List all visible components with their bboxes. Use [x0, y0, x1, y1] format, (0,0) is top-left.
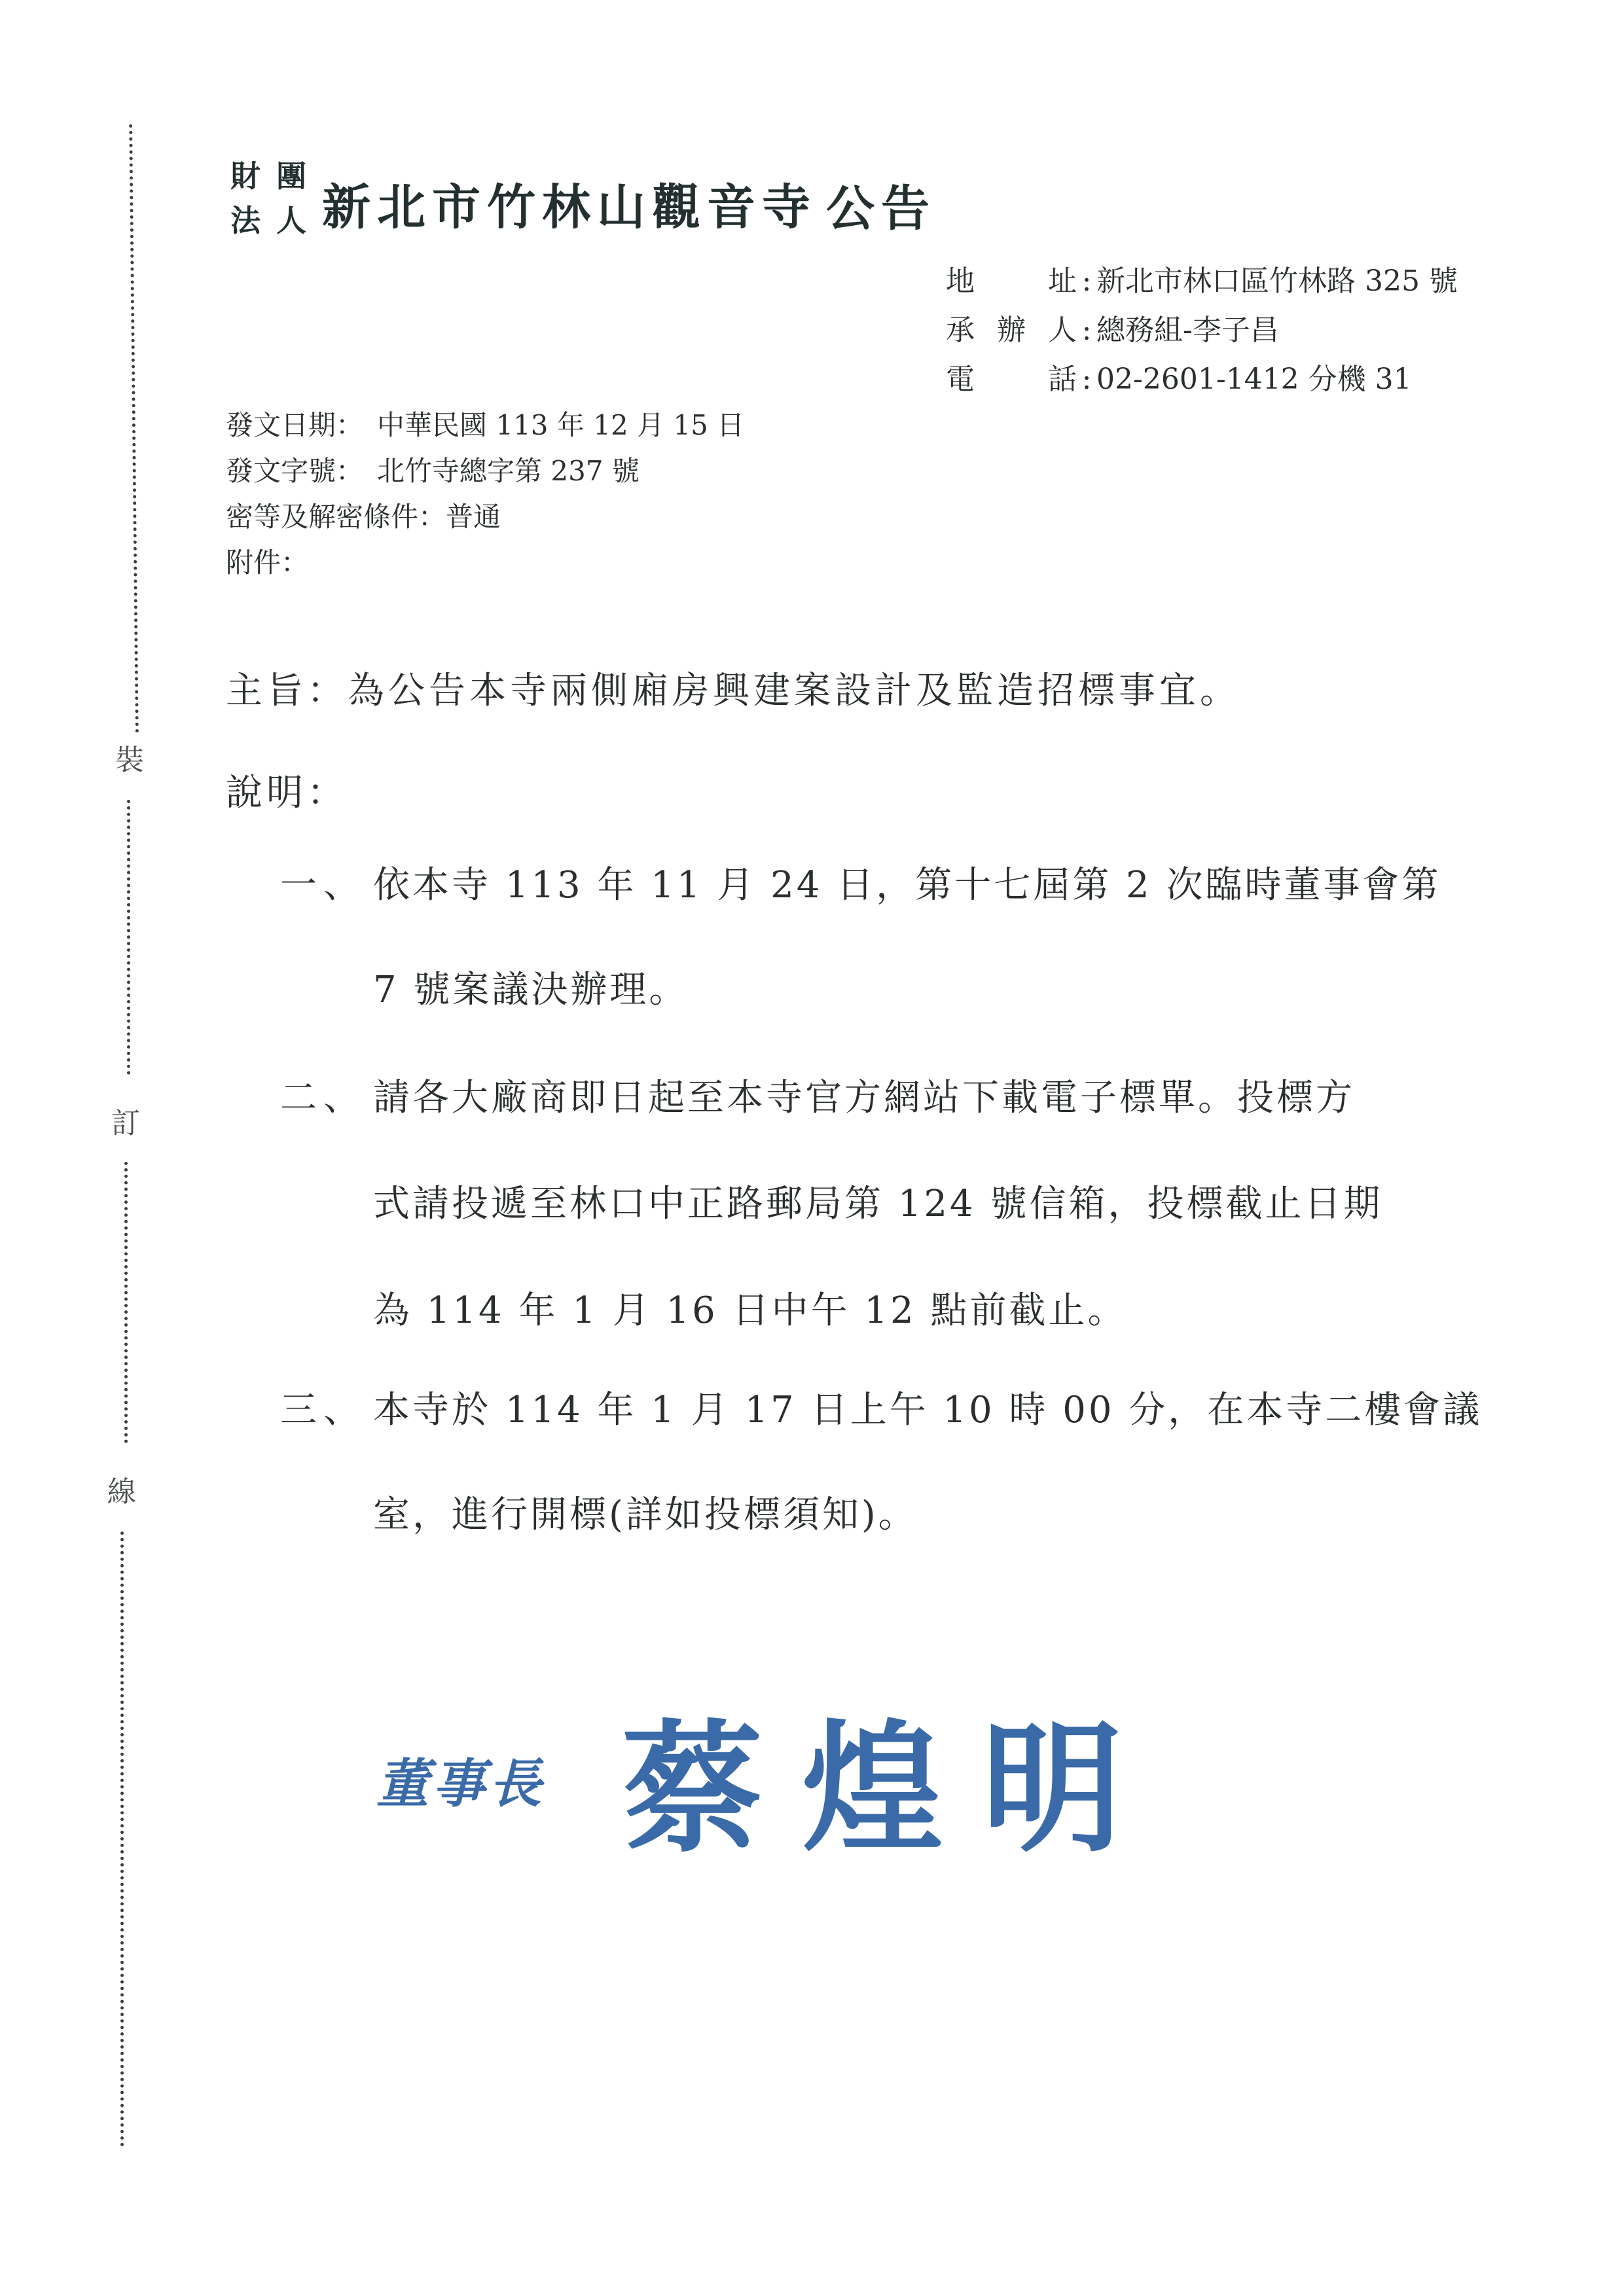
item-line: 請各大廠商即日起至本寺官方網站下載電子標單。投標方: [373, 1080, 1355, 1117]
binding-dotted-line: [120, 1532, 124, 2147]
meta-label: 密等及解密條件：: [226, 501, 446, 533]
meta-issue-date: 發文日期： 中華民國 113 年 12 月 15 日: [226, 403, 744, 448]
explanation-label: 說明：: [226, 775, 348, 812]
meta-classification: 密等及解密條件：普通: [226, 494, 744, 540]
doc-type: 公告: [826, 185, 936, 233]
binding-label-xian: 線: [107, 1478, 136, 1507]
subject-label: 主旨：: [226, 670, 348, 712]
signature-title-stamp: 董事長: [376, 1757, 545, 1810]
meta-value: 普通: [446, 501, 501, 533]
item-line: 依本寺 113 年 11 月 24 日，第十七屆第 2 次臨時董事會第: [373, 867, 1441, 904]
document-meta: 發文日期： 中華民國 113 年 12 月 15 日 發文字號： 北竹寺總字第 …: [226, 403, 744, 586]
contact-handler: 承辦人:總務組-李子昌: [946, 306, 1458, 355]
item-number: 一、: [280, 867, 367, 904]
item-number: 三、: [280, 1392, 367, 1429]
subject-text: 為公告本寺兩側廂房興建案設計及監造招標事宜。: [348, 670, 1240, 712]
binding-dotted-line: [124, 1162, 128, 1443]
meta-issue-number: 發文字號： 北竹寺總字第 237 號: [226, 448, 744, 494]
org-type-char: 財: [230, 161, 276, 191]
meta-label: 附件：: [226, 547, 308, 579]
meta-label: 發文日期：: [226, 409, 350, 441]
meta-value: 北竹寺總字第 237 號: [350, 455, 640, 487]
item-number: 二、: [280, 1080, 367, 1117]
colon: :: [1077, 355, 1096, 404]
contact-value: 新北市林口區竹林路 325 號: [1096, 257, 1458, 306]
contact-label: 地 址: [946, 257, 1077, 306]
contact-phone: 電 話:02-2601-1412 分機 31: [946, 355, 1458, 404]
subject: 主旨：為公告本寺兩側廂房興建案設計及監造招標事宜。: [226, 673, 1240, 709]
org-name: 新北市竹林山觀音寺: [322, 183, 817, 232]
signature-name-stamp: 蔡煌明: [622, 1718, 1162, 1859]
binding-dotted-line: [129, 124, 139, 733]
item-line: 式請投遞至林口中正路郵局第 124 號信箱，投標截止日期: [373, 1186, 1383, 1223]
meta-attachment: 附件：: [226, 540, 744, 586]
contact-label: 電 話: [946, 355, 1077, 404]
item-line: 為 114 年 1 月 16 日中午 12 點前截止。: [373, 1293, 1127, 1329]
binding-label-ding: 訂: [111, 1109, 140, 1138]
meta-value: 中華民國 113 年 12 月 15 日: [350, 409, 744, 441]
binding-label-zhuang: 裝: [115, 746, 144, 775]
item-line: 本寺於 114 年 1 月 17 日上午 10 時 00 分，在本寺二樓會議: [373, 1392, 1482, 1429]
meta-label: 發文字號：: [226, 455, 350, 487]
contact-block: 地 址:新北市林口區竹林路 325 號 承辦人:總務組-李子昌 電 話:02-2…: [946, 257, 1458, 404]
colon: :: [1077, 257, 1096, 306]
contact-address: 地 址:新北市林口區竹林路 325 號: [946, 257, 1458, 306]
org-type-char: 法: [230, 206, 276, 236]
org-type-char: 人: [276, 206, 322, 236]
item-line: 室，進行開標(詳如投標須知)。: [373, 1497, 918, 1534]
contact-value: 02-2601-1412 分機 31: [1096, 355, 1412, 404]
contact-value: 總務組-李子昌: [1096, 306, 1279, 355]
colon: :: [1077, 306, 1096, 355]
item-line: 7 號案議決辦理。: [373, 972, 688, 1009]
org-type-char: 團: [276, 161, 322, 191]
binding-dotted-line: [127, 800, 130, 1075]
org-type-label: 財 團 法 人: [230, 161, 322, 236]
contact-label: 承辦人: [946, 306, 1077, 355]
